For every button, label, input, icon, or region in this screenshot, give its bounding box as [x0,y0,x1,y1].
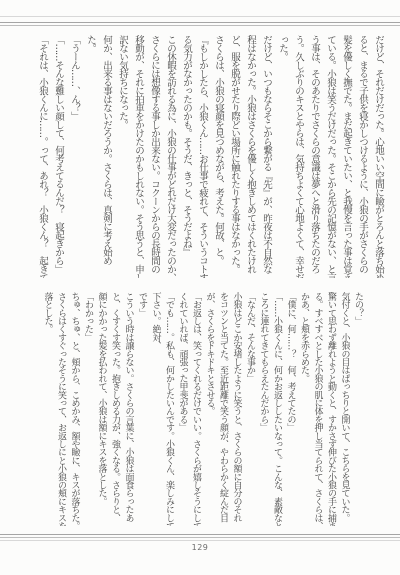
text-column: をコツンと当てた。至近距離で笑う顔が、やわらかく綻んだ目 [216,292,230,526]
text-column: 落とした。 [40,292,54,526]
text-column: 「お返しは、笑ってくれるだけでいい。さくらが嬉しそうにして [189,292,203,526]
bottom-rule [0,534,400,538]
text-column: る。すべすべとした小狼の肌に体を押し当てられて、さくらは、 [310,292,324,526]
text-column: 驚いて思わず離れようと動くと、すかさず伸びた小狼の手に捕ま [324,292,338,526]
top-rule-faint [0,16,400,17]
text-column: た。 [82,35,98,278]
text-column: くれていれば、頑張った甲斐がある」 [175,292,189,526]
text-column: 小狼はどこか安堵したように笑うと、さくらの額に自分のそれ [229,292,243,526]
scanned-novel-page: だけど、それだけだった。心地いい空間に瞼がとろんと落ち始めると、まるで子供を寝か… [0,0,400,575]
text-column: さくらは、小狼の寝顔を見つめながら、考えた。何故、と。 [210,35,226,278]
text-column: 「僕に、何……？ 何、考えてたの」 [283,292,297,526]
text-column: 顔にかかった髪を払われて、小狼は額にキスを落とした。 [94,292,108,526]
text-column: 「……そんな難しい顔して、何考えてるんだ？ 寝起きから」 [50,35,66,278]
text-column: 気付くと、小狼の目はぱっちりと開いて、こちらを見ていた。 [337,292,351,526]
text-column: ている。小狼は笑うだけだった。そこから先の記憶がない、と言 [322,35,338,278]
text-column: ど、服を脱がせたり際どい場所に触れたりする事はなかった。 [226,35,242,278]
bottom-rule-faint [0,540,400,541]
text-column: 「……小狼くんに、何かお返ししたいなって。こんな、素敵なと [270,292,284,526]
text-column: ちゅ、ちゅ、と、頬から、こめかみ、額や瞼に、キスが落ちた。 [67,292,81,526]
text-column: だけど、それだけだった。心地いい空間に瞼がとろんと落ち始め [370,35,386,278]
text-column: こういう時は譲らない。さくらの言葉に、小狼は面食らったあ [121,292,135,526]
text-column: ころに連れてきてもらえたんだから」 [256,292,270,526]
text-column: 移動が、それに拍車をかけたのかもしれない。そう思うと、申し [130,35,146,278]
text-column: 「うーん……、ん？」 [66,35,82,278]
text-band-upper: だけど、それだけだった。心地いい空間に瞼がとろんと落ち始めると、まるで子供を寝か… [26,35,386,278]
text-column: る気力がなかったのかも。そうだ、きっと、そうだよね』 [178,35,194,278]
text-column: った。 [274,35,290,278]
text-column: う事は、そのあたりでさくらの意識は夢へと滑り落ちたのだろ [306,35,322,278]
text-column: さくらはくすぐったそうに笑って、お返しにと小狼の頬にキスを [54,292,68,526]
text-column: 訳ない気持ちになった。 [114,35,130,278]
text-column: が、さくらをドキドキとさせる。 [202,292,216,526]
text-column: 「なんだ、そんな事か」 [243,292,257,526]
text-column: と、くすくす笑った。抱きしめる力が、強くなる。さらりと、 [108,292,122,526]
text-column: この休暇を訪れる為に、小狼の仕事がどれだけ大変だったのか、 [162,35,178,278]
text-column: 何か、出来る事はないだろうか。さくらは、真剣に考え始め [98,35,114,278]
text-column: さくらには想像する事しか出来ない。コクーンからの長時間の [146,35,162,278]
text-column: たの？」 [351,292,365,526]
text-column: 「わかった」 [81,292,95,526]
text-column: 「でも……。私も、何かしたいんです。小狼くん、楽しみにして [162,292,176,526]
page-number: 129 [0,543,400,552]
text-column: 『もしかしたら、小狼くん……お仕事で疲れて、そういうコトす [194,35,210,278]
text-column: 下さい。絶対、 [148,292,162,526]
text-column: 程はなかった。小狼はさくらを優しく抱きしめてはくれたけれ [242,35,258,278]
text-column: 髪を優しく撫でた。まだ起きていたい、と我慢を言った事は覚え [338,35,354,278]
text-column: 「それは、小狼くんに……。って、あれ？ 小狼くん？ 起きて [34,35,50,278]
text-column: です」 [135,292,149,526]
text-column: ると、まるで子供を寝かしつけるように、小狼の手がさくらの [354,35,370,278]
top-rule [0,22,400,26]
text-column: かあ、と頬を赤らめた。 [297,292,311,526]
text-column: う。久しぶりのキスとやらは、気持ちよくて心地よくて、幸せだ [290,35,306,278]
text-column: だけど、いつもならそこから繋がる『先』が、昨夜は不自然な [258,35,274,278]
text-band-lower: たの？」気付くと、小狼の目はぱっちりと開いて、こちらを見ていた。驚いて思わず離れ… [34,292,364,526]
